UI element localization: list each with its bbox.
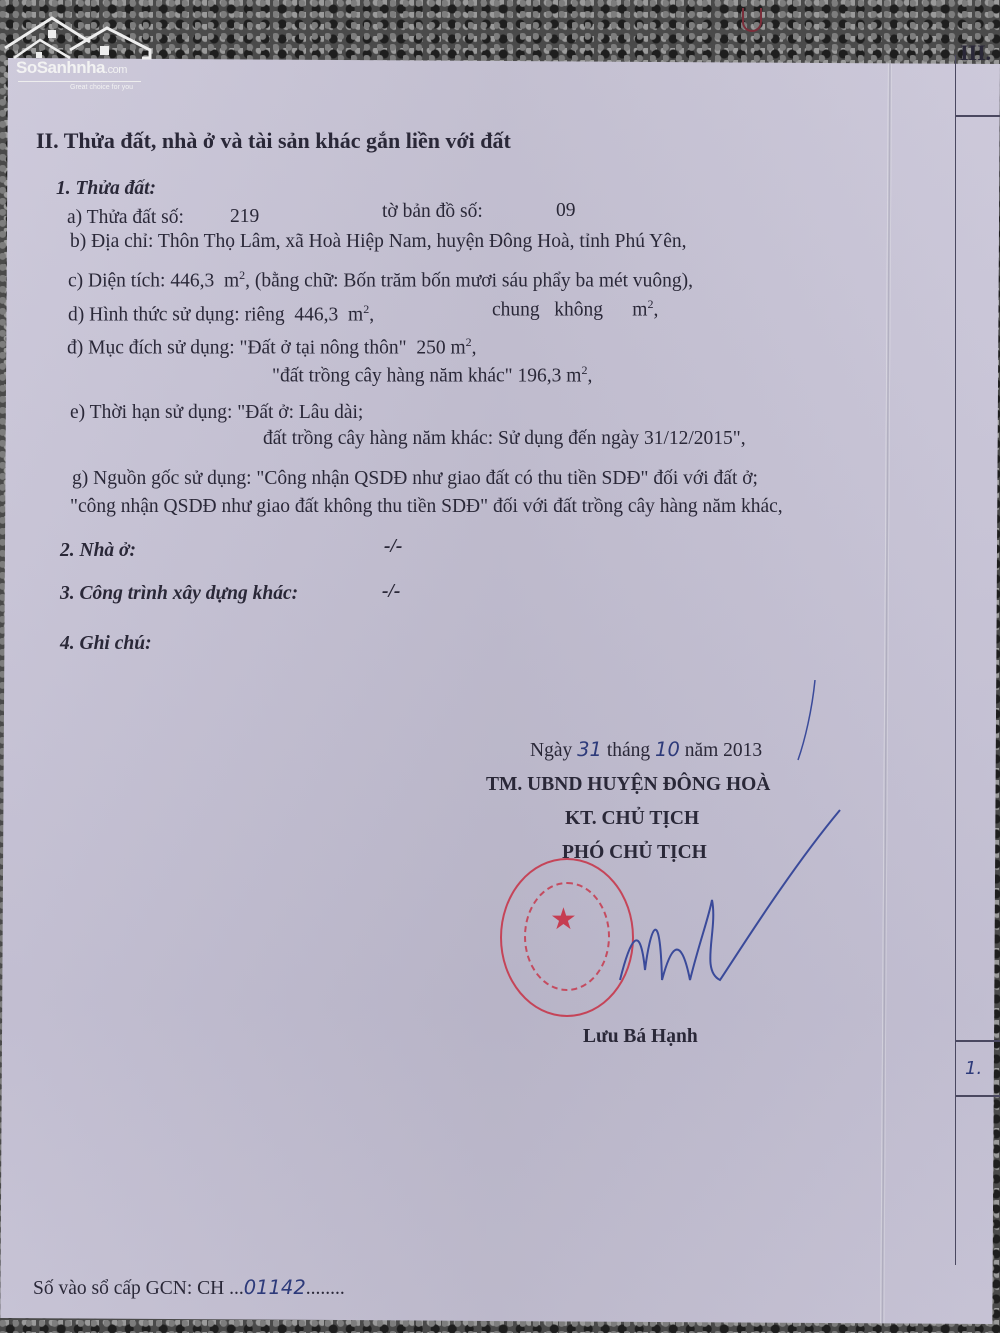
area-line: c) Diện tích: 446,3 m2, (bằng chữ: Bốn t… bbox=[68, 268, 693, 293]
address-line: b) Địa chỉ: Thôn Thọ Lâm, xã Hoà Hiệp Na… bbox=[70, 231, 687, 253]
next-page-frame bbox=[955, 55, 1000, 1265]
origin-line-1: g) Nguồn gốc sử dụng: "Công nhận QSDĐ nh… bbox=[72, 468, 758, 490]
usage-form-label: d) Hình thức sử dụng: riêng bbox=[68, 305, 285, 326]
purpose-residential: "Đất ở tại nông thôn" bbox=[240, 338, 407, 359]
handwritten-fragment: 1. bbox=[965, 1058, 982, 1079]
brand-name: SoSanhnha.com bbox=[16, 58, 127, 78]
parcel-number-label: a) Thửa đất số: bbox=[67, 207, 184, 229]
watermark-logo: SoSanhnha.com Great choice for you bbox=[0, 0, 160, 100]
other-construction-heading: 3. Công trình xây dựng khác: bbox=[60, 583, 298, 605]
purpose-label: đ) Mục đích sử dụng: bbox=[67, 338, 235, 359]
red-pen-mark bbox=[742, 8, 762, 32]
section-title: II. Thửa đất, nhà ở và tài sản khác gắn … bbox=[36, 128, 511, 154]
term-line-1: e) Thời hạn sử dụng: "Đất ở: Lâu dài; bbox=[70, 402, 363, 424]
registry-number: 01142 bbox=[244, 1276, 306, 1299]
other-construction-value: -/- bbox=[382, 581, 400, 603]
paper-fold bbox=[880, 63, 892, 1323]
notes-heading: 4. Ghi chú: bbox=[60, 633, 152, 655]
purpose-residential-area: 250 m bbox=[416, 338, 465, 359]
shared-value: không bbox=[554, 300, 603, 321]
issue-day: 31 bbox=[577, 738, 602, 761]
land-heading: 1. Thửa đất: bbox=[56, 178, 156, 200]
brand-tagline: Great choice for you bbox=[70, 84, 133, 91]
area-value: 446,3 bbox=[170, 271, 214, 292]
map-sheet-label: tờ bản đồ số: bbox=[382, 201, 483, 223]
house-heading: 2. Nhà ở: bbox=[60, 540, 136, 562]
registry-line: Số vào sổ cấp GCN: CH ...01142........ bbox=[33, 1276, 345, 1300]
parcel-number-value: 219 bbox=[230, 206, 259, 228]
house-value: -/- bbox=[384, 536, 402, 558]
next-section-label: III. bbox=[960, 40, 991, 66]
purpose-line-1: đ) Mục đích sử dụng: "Đất ở tại nông thô… bbox=[67, 335, 476, 360]
map-sheet-value: 09 bbox=[556, 200, 576, 222]
emblem-star-icon: ★ bbox=[550, 902, 577, 937]
signer-name: Lưu Bá Hạnh bbox=[583, 1026, 698, 1048]
origin-line-2: "công nhận QSDĐ như giao đất không thu t… bbox=[70, 496, 783, 518]
purpose-crop: "đất trồng cây hàng năm khác" bbox=[272, 366, 513, 387]
term-line-2: đất trồng cây hàng năm khác: Sử dụng đến… bbox=[263, 428, 746, 450]
logo-divider bbox=[18, 81, 141, 82]
private-area-value: 446,3 bbox=[294, 305, 338, 326]
shared-label: chung bbox=[492, 300, 540, 321]
purpose-crop-area: 196,3 m bbox=[518, 366, 582, 387]
shared-usage: chung không m2, bbox=[492, 297, 658, 322]
purpose-line-2: "đất trồng cây hàng năm khác" 196,3 m2, bbox=[272, 363, 592, 388]
handwritten-signature bbox=[600, 680, 860, 1020]
area-label: c) Diện tích: bbox=[68, 271, 165, 292]
area-in-words: , (bằng chữ: Bốn trăm bốn mươi sáu phẩy … bbox=[245, 271, 693, 292]
usage-form-line: d) Hình thức sử dụng: riêng 446,3 m2, bbox=[68, 302, 374, 327]
registry-label: Số vào sổ cấp GCN: CH bbox=[33, 1278, 224, 1299]
